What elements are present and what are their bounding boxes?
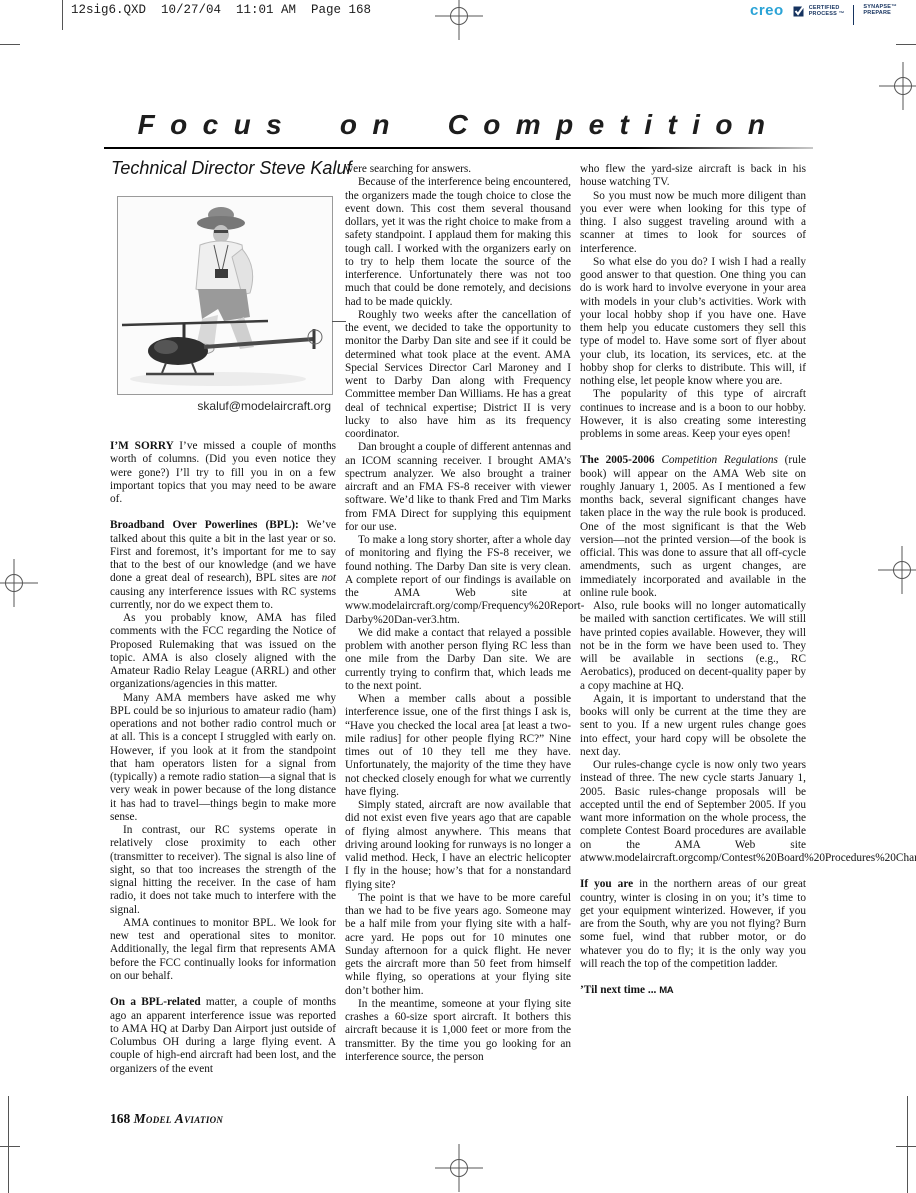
crop-mark: [907, 1096, 908, 1193]
paragraph: The 2005-2006 Competition Regulations (r…: [580, 454, 806, 600]
man-with-rc-helicopter-photo: [118, 197, 332, 394]
column-title: Focus on Competition: [105, 109, 813, 141]
crop-mark: [8, 1096, 9, 1193]
crop-mark: [62, 0, 63, 30]
byline: Technical Director Steve Kaluf: [111, 158, 351, 179]
certified-check-icon: [793, 4, 806, 17]
paragraph: The popularity of this type of aircraft …: [580, 388, 806, 441]
paragraph: When a member calls about a possible int…: [345, 693, 571, 799]
crop-mark: [0, 1146, 20, 1147]
paragraph: who flew the yard-size aircraft is back …: [580, 163, 806, 190]
paragraph: Roughly two weeks after the cancellation…: [345, 309, 571, 442]
creo-logo: creo: [750, 4, 784, 18]
crop-mark: [896, 1146, 916, 1147]
registration-mark-icon: [879, 62, 916, 110]
magazine-page-proof: 12sig6.QXD 10/27/04 11:01 AM Page 168 cr…: [0, 0, 916, 1193]
certified-line2: PROCESS ™: [809, 11, 845, 17]
paragraph: So what else do you do? I wish I had a r…: [580, 256, 806, 389]
paragraph: Broadband Over Powerlines (BPL): We’ve t…: [110, 519, 336, 612]
article-column-2: were searching for answers. Because of t…: [345, 163, 571, 1064]
article-column-3: who flew the yard-size aircraft is back …: [580, 163, 806, 998]
synapse-line2: PREPARE: [863, 10, 896, 16]
badge-divider: [853, 5, 854, 25]
page-folio: 168 Model Aviation: [110, 1111, 223, 1127]
paragraph: The point is that we have to be more car…: [345, 892, 571, 998]
author-photo: [117, 196, 333, 395]
paragraph: In the meantime, someone at your flying …: [345, 998, 571, 1064]
paragraph: Dan brought a couple of different antenn…: [345, 441, 571, 534]
magazine-name: Model Aviation: [134, 1111, 224, 1126]
paragraph: Simply stated, aircraft are now availabl…: [345, 799, 571, 892]
callout-line: [332, 321, 346, 322]
paragraph: In contrast, our RC systems operate in r…: [110, 824, 336, 917]
registration-mark-icon: [435, 1144, 483, 1192]
synapse-prepare-badge: SYNAPSE™ PREPARE: [863, 4, 896, 16]
registration-mark-icon: [878, 546, 916, 594]
sign-off: ’Til next time ... MA: [580, 984, 806, 997]
paragraph: Again, it is important to understand tha…: [580, 693, 806, 759]
paragraph: If you are in the northern areas of our …: [580, 878, 806, 971]
photo-caption-email: skaluf@modelaircraft.org: [117, 399, 331, 413]
paragraph: As you probably know, AMA has filed comm…: [110, 612, 336, 692]
page-number: 168: [110, 1111, 130, 1126]
paragraph: On a BPL-related matter, a couple of mon…: [110, 996, 336, 1076]
paragraph: We did make a contact that relayed a pos…: [345, 627, 571, 693]
paragraph: So you must now be much more diligent th…: [580, 190, 806, 256]
article-column-1: I’M SORRY I’ve missed a couple of months…: [110, 440, 336, 1076]
registration-mark-icon: [435, 0, 483, 40]
paragraph: To make a long story shorter, after a wh…: [345, 534, 571, 627]
prepress-slug: 12sig6.QXD 10/27/04 11:01 AM Page 168: [71, 3, 371, 17]
registration-mark-icon: [0, 559, 38, 607]
paragraph: I’M SORRY I’ve missed a couple of months…: [110, 440, 336, 506]
paragraph: were searching for answers.: [345, 163, 571, 176]
prepress-badges: creo CERTIFIED PROCESS ™ SYNAPSE™ PREPAR…: [750, 4, 897, 25]
paragraph: Also, rule books will no longer automati…: [580, 600, 806, 693]
paragraph: Our rules-change cycle is now only two y…: [580, 759, 806, 865]
paragraph: Because of the interference being encoun…: [345, 176, 571, 309]
title-rule: [104, 147, 813, 149]
certified-process-badge: CERTIFIED PROCESS ™: [793, 4, 845, 17]
paragraph: AMA continues to monitor BPL. We look fo…: [110, 917, 336, 983]
crop-mark: [896, 44, 916, 45]
crop-mark: [0, 44, 20, 45]
paragraph: Many AMA members have asked me why BPL c…: [110, 692, 336, 825]
